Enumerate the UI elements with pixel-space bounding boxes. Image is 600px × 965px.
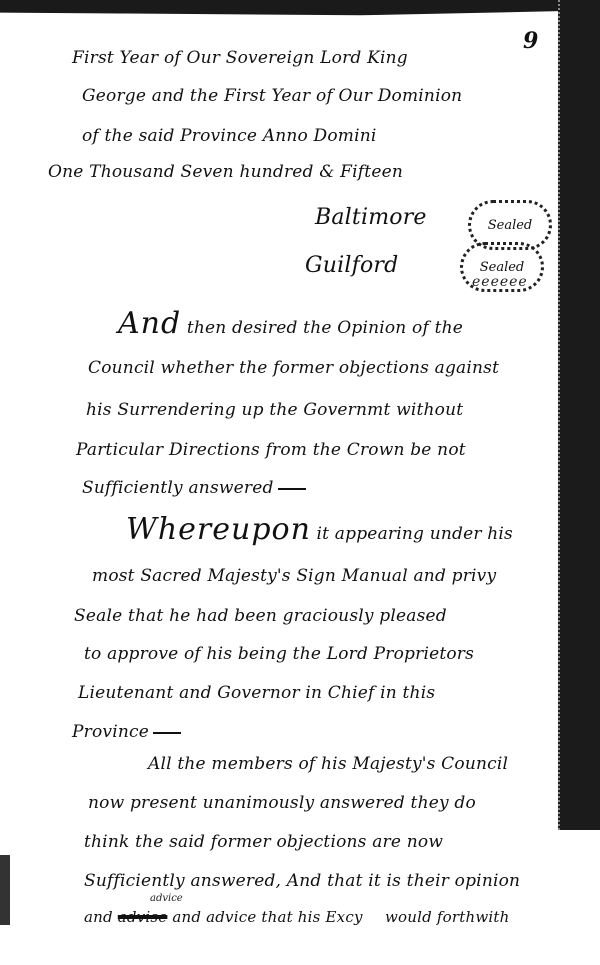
- text-segment: and: [84, 908, 118, 926]
- text-line: now present unanimously answered they do: [88, 793, 476, 813]
- paragraph-lead: And: [118, 306, 181, 341]
- final-line: and advise and advice that his Excy: [84, 908, 363, 926]
- signature-guilford: Guilford: [305, 253, 398, 278]
- text-line: of the said Province Anno Domini: [82, 126, 377, 146]
- text-segment: Sufficiently answered: [82, 478, 274, 498]
- paragraph-lead: Whereupon: [126, 512, 311, 547]
- line-filler-dash: [153, 732, 181, 734]
- inserted-word: advice: [150, 893, 183, 904]
- signature-baltimore: Baltimore: [315, 205, 427, 230]
- text-line: to approve of his being the Lord Proprie…: [84, 644, 474, 664]
- scan-top-border: [0, 0, 600, 18]
- text-line: George and the First Year of Our Dominio…: [82, 86, 462, 106]
- text-line: Particular Directions from the Crown be …: [76, 440, 466, 460]
- seal-flourish: eeeeee: [472, 274, 528, 290]
- text-segment: then desired the Opinion of the: [187, 318, 463, 338]
- text-segment: Province: [72, 722, 149, 742]
- text-line: most Sacred Majesty's Sign Manual and pr…: [92, 566, 496, 586]
- line-filler-dash: [278, 488, 306, 490]
- text-line: his Surrendering up the Governmt without: [86, 400, 463, 420]
- scan-right-border-lower: [582, 830, 600, 965]
- text-line: All the members of his Majesty's Council: [148, 754, 508, 774]
- text-line: Sufficiently answered, And that it is th…: [84, 871, 520, 891]
- text-line: Council whether the former objections ag…: [88, 358, 499, 378]
- paragraph-1-first-line: And then desired the Opinion of the: [118, 306, 463, 341]
- text-line: think the said former objections are now: [84, 832, 443, 852]
- scan-left-border-mark: [0, 855, 10, 925]
- text-line: Lieutenant and Governor in Chief in this: [78, 683, 435, 703]
- text-line: First Year of Our Sovereign Lord King: [72, 48, 408, 68]
- seal-block: Sealed Sealed eeeeee: [450, 190, 560, 300]
- seal-label: Sealed: [480, 260, 525, 275]
- text-line: would forthwith: [385, 908, 509, 926]
- text-line: One Thousand Seven hundred & Fifteen: [48, 162, 403, 182]
- struck-word: advise: [118, 908, 168, 926]
- text-line-with-dash: Sufficiently answered: [82, 478, 306, 498]
- text-line: Seale that he had been graciously please…: [74, 606, 447, 626]
- paragraph-2-first-line: Whereupon it appearing under his: [126, 512, 513, 547]
- scan-right-border: [558, 0, 600, 830]
- page-number: 9: [523, 28, 538, 54]
- text-line-with-dash: Province: [72, 722, 181, 742]
- text-segment: and advice that his Excy: [172, 908, 362, 926]
- manuscript-page: 9 First Year of Our Sovereign Lord King …: [0, 0, 600, 965]
- seal-label: Sealed: [488, 218, 533, 233]
- text-segment: it appearing under his: [317, 524, 513, 544]
